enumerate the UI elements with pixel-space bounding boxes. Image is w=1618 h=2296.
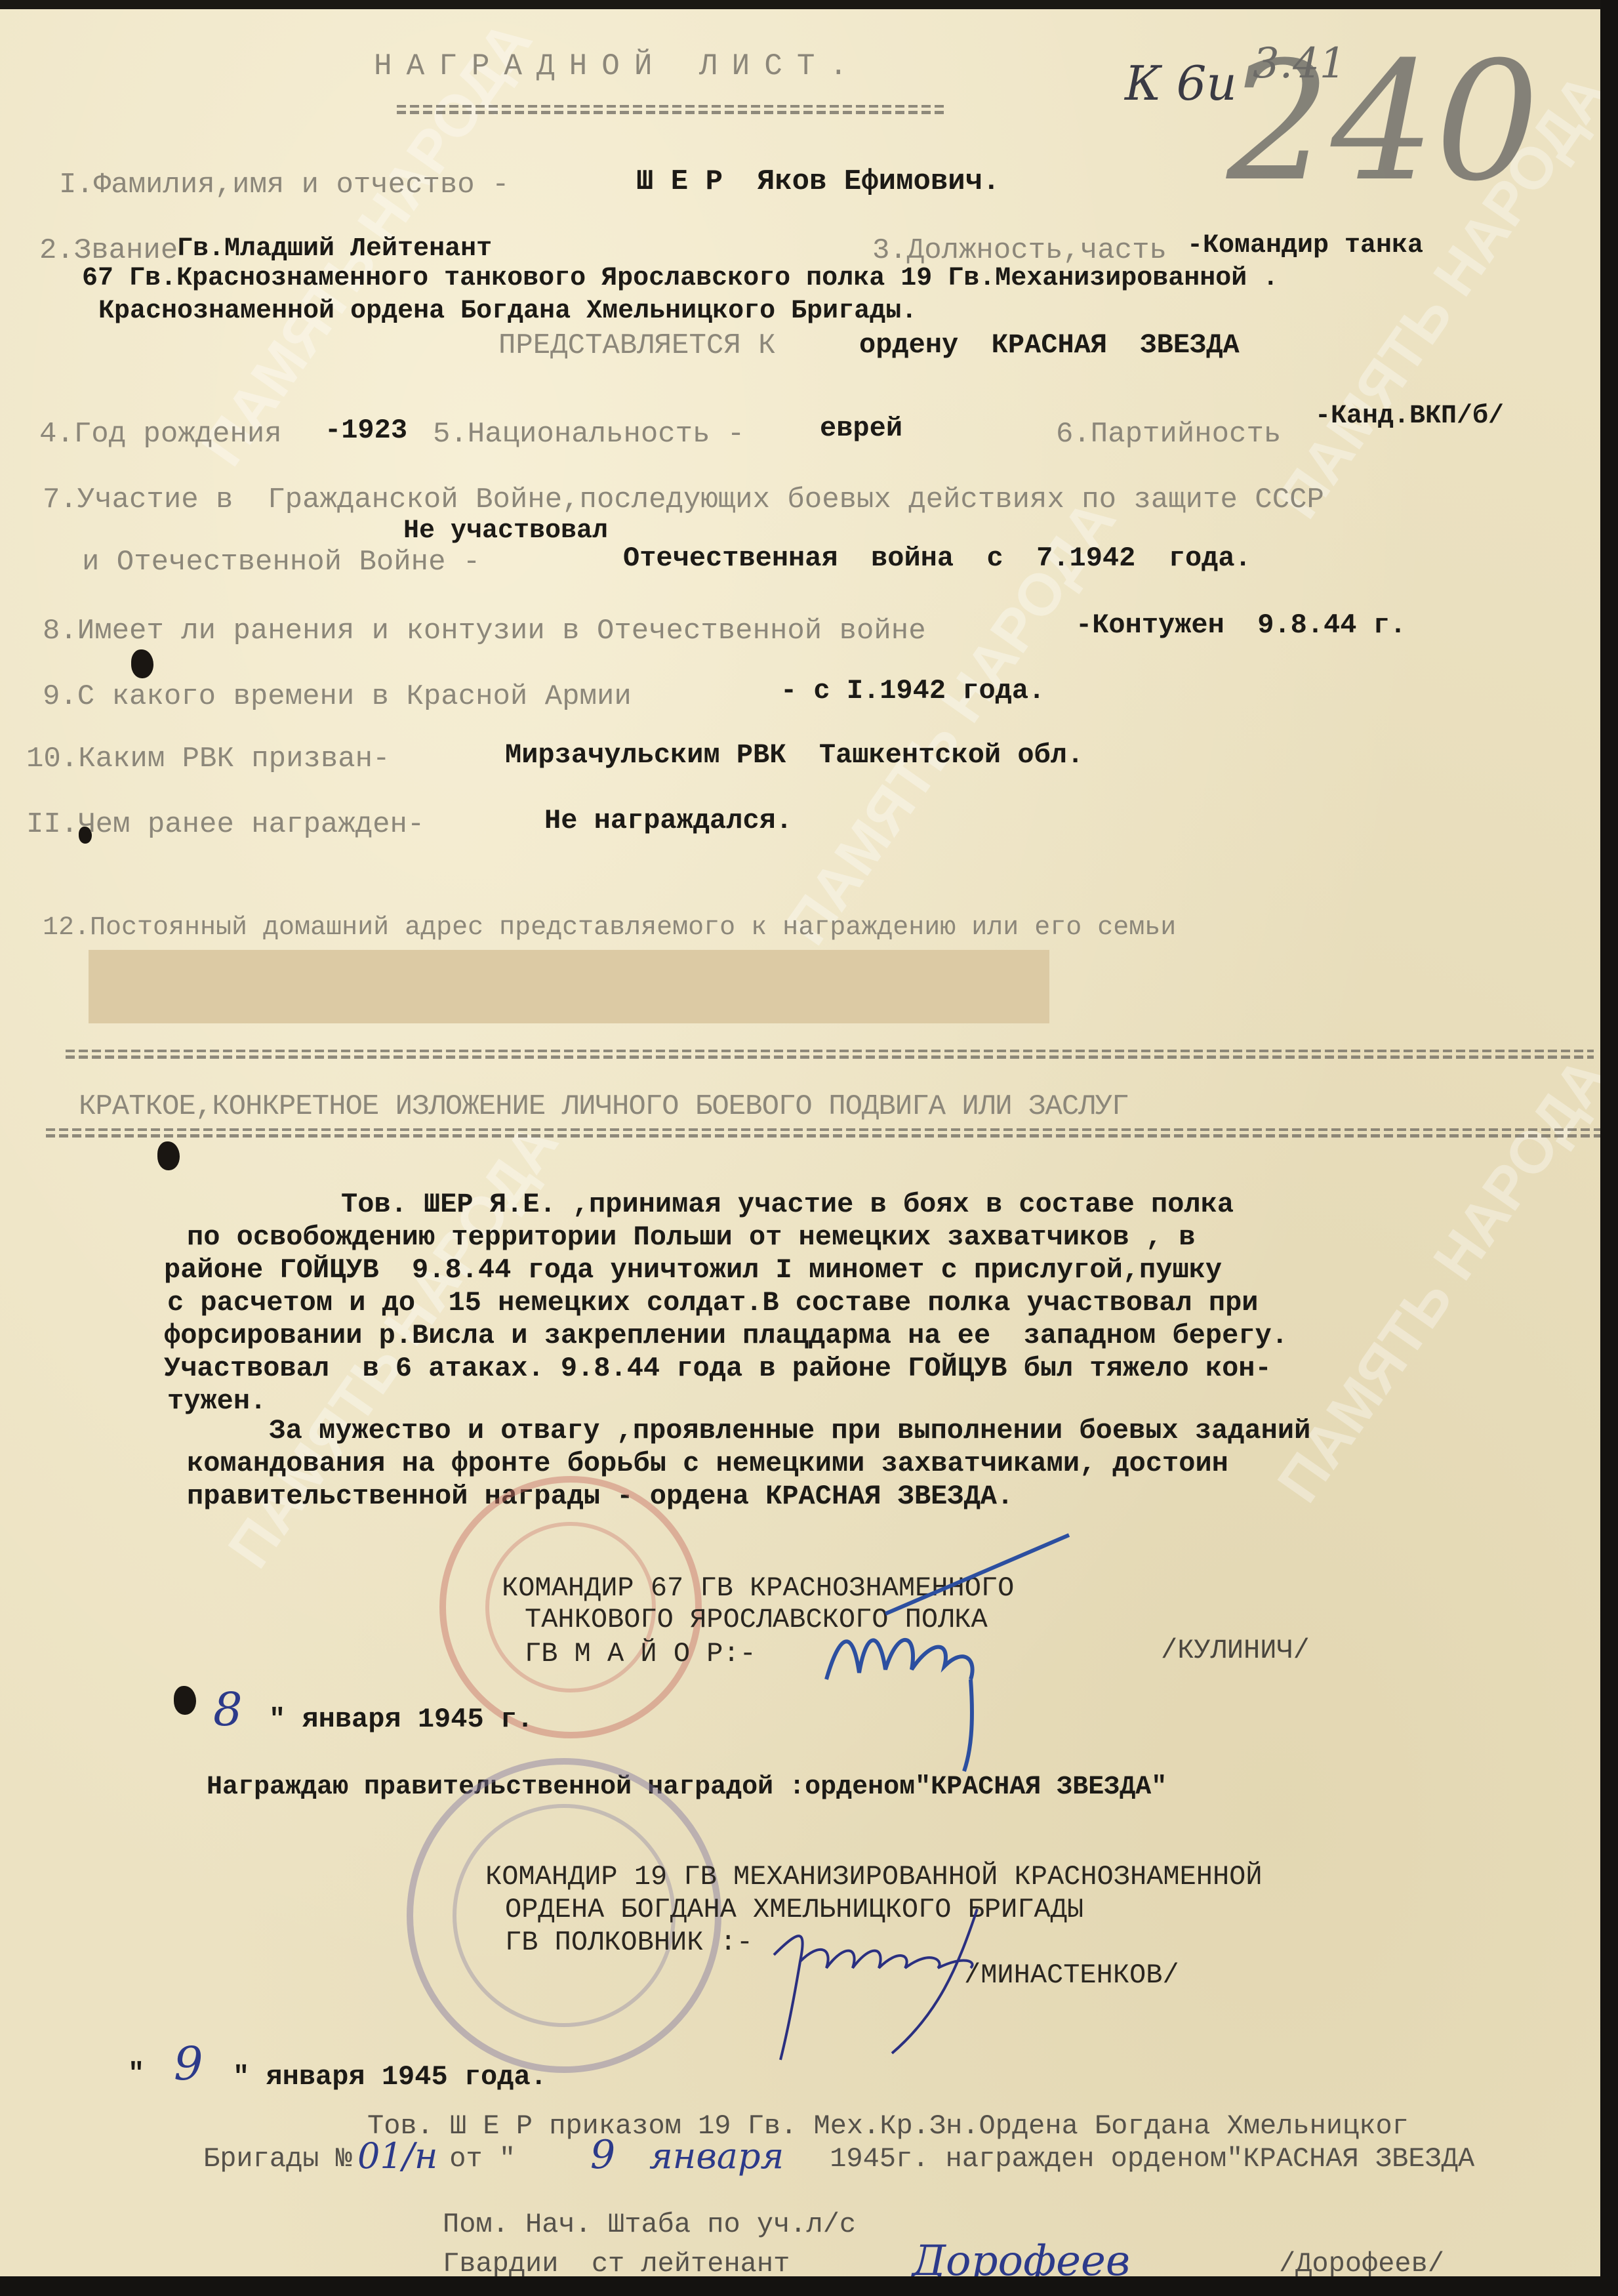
order-note-suffix: 1945г. награжден орденом"КРАСНАЯ ЗВЕЗДА xyxy=(813,2145,1474,2173)
nominated-label: ПРЕДСТАВЛЯЕТСЯ К xyxy=(498,331,775,360)
field-label-party: 6.Партийность xyxy=(1056,420,1281,449)
field-value-nationality: еврей xyxy=(820,415,902,442)
narrative-line: командования на фронте борьбы с немецким… xyxy=(187,1450,1228,1477)
brigade-date: " января 1945 года. xyxy=(233,2063,547,2091)
order-day: 9 xyxy=(590,2132,615,2178)
field-label-home-address: 12.Постоянный домашний адрес представляе… xyxy=(43,915,1176,941)
order-number: 01/н xyxy=(357,2135,437,2177)
scan-edge-top xyxy=(0,0,1618,9)
narrative-line: районе ГОЙЦУВ 9.8.44 года уничтожил I ми… xyxy=(164,1256,1222,1284)
field-label-position: 3.Должность,часть xyxy=(872,236,1167,265)
brigade-date-day: 9 xyxy=(174,2037,203,2091)
field-label-birth-year: 4.Год рождения xyxy=(39,420,282,449)
field-value-wounds: -Контужен 9.8.44 г. xyxy=(1076,611,1406,639)
narrative-line: с расчетом и до 15 немецких солдат.В сос… xyxy=(167,1289,1258,1317)
archive-number: 240 xyxy=(1226,26,1539,217)
award-decision: Награждаю правительственной наградой :ор… xyxy=(207,1774,1167,1801)
narrative-line: тужен. xyxy=(167,1387,266,1415)
brigade-commander-title-1: КОМАНДИР 19 ГВ МЕХАНИЗИРОВАННОЙ КРАСНОЗН… xyxy=(485,1863,1263,1891)
regiment-commander-rank: ГВ М А Й О Р:- xyxy=(525,1640,756,1668)
field-label-rank: 2.Звание xyxy=(39,236,178,265)
nominated-award: ордену КРАСНАЯ ЗВЕЗДА xyxy=(859,331,1240,359)
award-sheet: ПАМЯТЬ НАРОДА ПАМЯТЬ НАРОДА ПАМЯТЬ НАРОД… xyxy=(0,0,1600,2276)
punch-hole xyxy=(131,649,153,678)
order-note-mid: от " xyxy=(433,2145,516,2173)
regiment-commander-signature xyxy=(813,1528,1076,1778)
punch-hole xyxy=(174,1686,196,1715)
order-month: января xyxy=(649,2135,784,2177)
brigade-commander-signature xyxy=(761,1902,1154,2073)
field-value-patriotic-war: Отечественная война с 7.1942 года. xyxy=(623,544,1251,572)
field-value-position: -Командир танка xyxy=(1187,233,1423,259)
field-label-name: I.Фамилия,имя и отчество - xyxy=(59,171,510,199)
scan-edge-right xyxy=(1600,0,1618,2296)
field-label-service-start: 9.С какого времени в Красной Армии xyxy=(43,682,632,711)
field-label-prior-awards: II.Чем ранее награжден- xyxy=(26,810,424,839)
field-label-participation: 7.Участие в Гражданской Войне,последующи… xyxy=(43,485,1324,514)
regiment-commander-name: /КУЛИНИЧ/ xyxy=(1161,1637,1310,1664)
field-label-nationality: 5.Национальность - xyxy=(433,420,744,449)
staff-name: /Дорофеев/ xyxy=(1279,2250,1444,2278)
field-label-patriotic-war: и Отечественной Войне - xyxy=(82,548,480,577)
field-value-name: Ш Е Р Яков Ефимович. xyxy=(636,167,1000,196)
field-value-birth-year: -1923 xyxy=(325,417,407,444)
field-value-draft-office: Мирзачульским РВК Ташкентской обл. xyxy=(505,741,1083,769)
section-rule-bottom xyxy=(46,1128,1618,1138)
unit-line-1: 67 Гв.Краснознаменного танкового Ярослав… xyxy=(82,266,1278,292)
staff-rank: Гвардии ст лейтенант xyxy=(443,2250,790,2278)
section-title: КРАТКОЕ,КОНКРЕТНОЕ ИЗЛОЖЕНИЕ ЛИЧНОГО БОЕ… xyxy=(79,1092,1128,1121)
narrative-line: форсировании р.Висла и закреплении плацд… xyxy=(164,1322,1288,1349)
staff-title: Пом. Нач. Штаба по уч.л/с xyxy=(443,2211,856,2238)
brigade-date-open: " xyxy=(128,2060,144,2087)
unit-line-2: Краснознаменной ордена Богдана Хмельницк… xyxy=(98,298,917,325)
field-value-party: -Канд.ВКП/б/ xyxy=(1315,403,1504,430)
narrative-line: по освобождению территории Польши от нем… xyxy=(187,1223,1195,1251)
brigade-commander-rank: ГВ ПОЛКОВНИК :- xyxy=(505,1929,753,1956)
regiment-date: " января 1945 г. xyxy=(269,1706,533,1733)
punch-hole xyxy=(157,1141,180,1170)
title-rule xyxy=(397,105,948,114)
field-value-service-start: - с I.1942 года. xyxy=(780,677,1045,705)
order-note-line-1: Тов. Ш Е Р приказом 19 Гв. Мех.Кр.Зн.Орд… xyxy=(367,2112,1409,2140)
narrative-line: Тов. ШЕР Я.Е. ,принимая участие в боях в… xyxy=(341,1191,1234,1218)
order-note-prefix: Бригады № xyxy=(203,2145,352,2173)
field-value-rank: Гв.Младший Лейтенант xyxy=(177,236,492,262)
address-redaction xyxy=(89,950,1049,1023)
archive-note: К 6и xyxy=(1125,56,1237,111)
field-value-prior-awards: Не награждался. xyxy=(544,807,792,834)
watermark: ПАМЯТЬ НАРОДА xyxy=(1265,1046,1618,1515)
field-value-civil-war: Не участвовал xyxy=(403,518,608,544)
regiment-date-day: 8 xyxy=(213,1683,243,1736)
page-title: НАГРАДНОЙ ЛИСТ. xyxy=(374,51,862,81)
narrative-line: За мужество и отвагу ,проявленные при вы… xyxy=(236,1417,1310,1445)
section-rule-top xyxy=(66,1050,1594,1059)
narrative-line: Участвовал в 6 атаках. 9.8.44 года в рай… xyxy=(164,1355,1272,1382)
field-label-draft-office: 10.Каким РВК призван- xyxy=(26,745,390,773)
field-label-wounds: 8.Имеет ли ранения и контузии в Отечеств… xyxy=(43,617,926,646)
scan-edge-bottom xyxy=(0,2276,1618,2296)
